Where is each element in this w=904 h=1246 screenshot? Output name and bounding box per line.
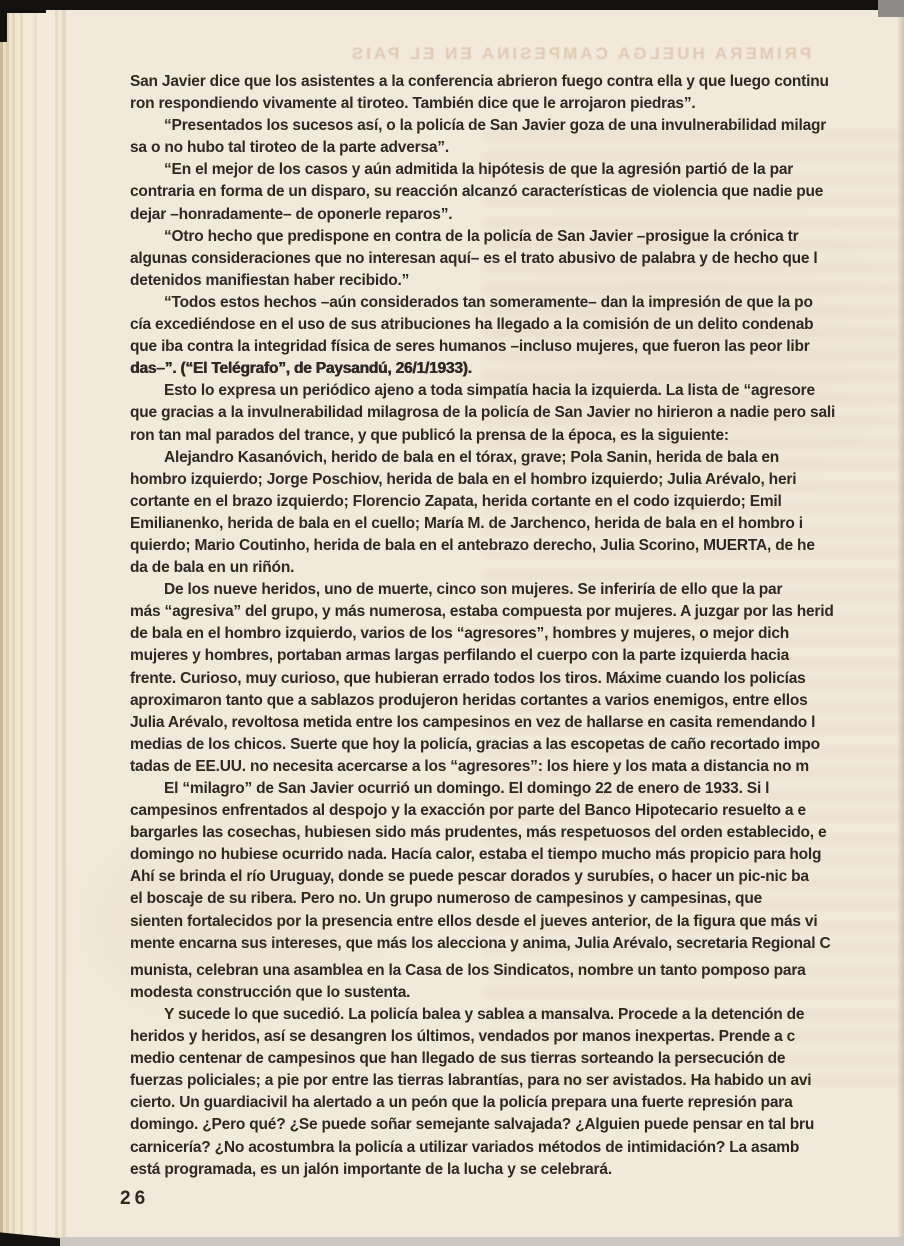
text-line: Ahí se brinda el río Uruguay, donde se p… <box>130 866 904 888</box>
book-page-stack-edge <box>0 8 100 1246</box>
text-line: Julia Arévalo, revoltosa metida entre lo… <box>130 712 904 734</box>
text-line: cía excediéndose en el uso de sus atribu… <box>130 314 904 336</box>
text-line: “Otro hecho que predispone en contra de … <box>130 226 904 248</box>
text-line: “En el mejor de los casos y aún admitida… <box>130 159 904 181</box>
text-line: domingo no hubiese ocurrido nada. Hacía … <box>130 844 904 866</box>
text-line: sa o no hubo tal tiroteo de la parte adv… <box>130 137 904 159</box>
text-line: da de bala en un riñón. <box>130 557 904 579</box>
text-line: domingo. ¿Pero qué? ¿Se puede soñar seme… <box>130 1114 904 1136</box>
text-line: tadas de EE.UU. no necesita acercarse a … <box>130 756 904 778</box>
text-line: El “milagro” de San Javier ocurrió un do… <box>130 778 904 800</box>
text-line: heridos y heridos, así se desangren los … <box>130 1026 904 1048</box>
scanned-book-page: { "page": { "number": "26", "bleedthroug… <box>0 0 904 1246</box>
text-line: Esto lo expresa un periódico ajeno a tod… <box>130 380 904 402</box>
text-line: mujeres y hombres, portaban armas largas… <box>130 645 904 667</box>
text-line: fuerzas policiales; a pie por entre las … <box>130 1070 904 1092</box>
text-line: medias de los chicos. Suerte que hoy la … <box>130 734 904 756</box>
text-line: modesta construcción que lo sustenta. <box>130 982 904 1004</box>
page-number: 26 <box>120 1188 149 1210</box>
scan-frame-corner-top-left-side <box>0 0 7 42</box>
text-line: detenidos manifiestan haber recibido.” <box>130 270 904 292</box>
text-line: ron tan mal parados del trance, y que pu… <box>130 425 904 447</box>
text-line: que gracias a la invulnerabilidad milagr… <box>130 402 904 424</box>
text-line: ron respondiendo vivamente al tiroteo. T… <box>130 93 904 115</box>
text-line: das–”. (“El Telégrafo”, de Paysandú, 26/… <box>130 358 904 380</box>
text-line: más “agresiva” del grupo, y más numerosa… <box>130 601 904 623</box>
text-line: cortante en el brazo izquierdo; Florenci… <box>130 491 904 513</box>
text-line: está programada, es un jalón importante … <box>130 1159 904 1181</box>
text-line: Y sucede lo que sucedió. La policía bale… <box>130 1004 904 1026</box>
text-block: San Javier dice que los asistentes a la … <box>130 71 904 1181</box>
text-line: “Todos estos hechos –aún considerados ta… <box>130 292 904 314</box>
bleedthrough-heading: PRIMERA HUELGA CAMPESINA EN EL PAIS <box>300 44 860 64</box>
text-line: Alejandro Kasanóvich, herido de bala en … <box>130 447 904 469</box>
scan-frame-top-right <box>878 0 904 17</box>
text-line: carnicería? ¿No acostumbra la policía a … <box>130 1137 904 1159</box>
text-line: De los nueve heridos, uno de muerte, cin… <box>130 579 904 601</box>
text-line: campesinos enfrentados al despojo y la e… <box>130 800 904 822</box>
text-line: frente. Curioso, muy curioso, que hubier… <box>130 668 904 690</box>
text-line: el boscaje de su ribera. Pero no. Un gru… <box>130 888 904 910</box>
text-line: medio centenar de campesinos que han lle… <box>130 1048 904 1070</box>
text-line: mente encarna sus intereses, que más los… <box>130 933 904 955</box>
text-line: San Javier dice que los asistentes a la … <box>130 71 904 93</box>
text-line: que iba contra la integridad física de s… <box>130 336 904 358</box>
text-line: de bala en el hombro izquierdo, varios d… <box>130 623 904 645</box>
text-line: hombro izquierdo; Jorge Poschiov, herida… <box>130 469 904 491</box>
text-line: aproximaron tanto que a sablazos produje… <box>130 690 904 712</box>
text-line: bargarles las cosechas, hubiesen sido má… <box>130 822 904 844</box>
text-line: cierto. Un guardiacivil ha alertado a un… <box>130 1092 904 1114</box>
text-line: “Presentados los sucesos así, o la polic… <box>130 115 904 137</box>
scan-frame-bottom <box>18 1237 904 1246</box>
text-line: munista, celebran una asamblea en la Cas… <box>130 960 904 982</box>
text-line: sienten fortalecidos por la presencia en… <box>130 911 904 933</box>
scan-frame-top <box>0 0 904 10</box>
text-line: algunas consideraciones que no interesan… <box>130 248 904 270</box>
text-line: contraria en forma de un disparo, su rea… <box>130 181 904 203</box>
text-line: quierdo; Mario Coutinho, herida de bala … <box>130 535 904 557</box>
text-line: Emilianenko, herida de bala en el cuello… <box>130 513 904 535</box>
text-line: dejar –honradamente– de oponerle reparos… <box>130 204 904 226</box>
